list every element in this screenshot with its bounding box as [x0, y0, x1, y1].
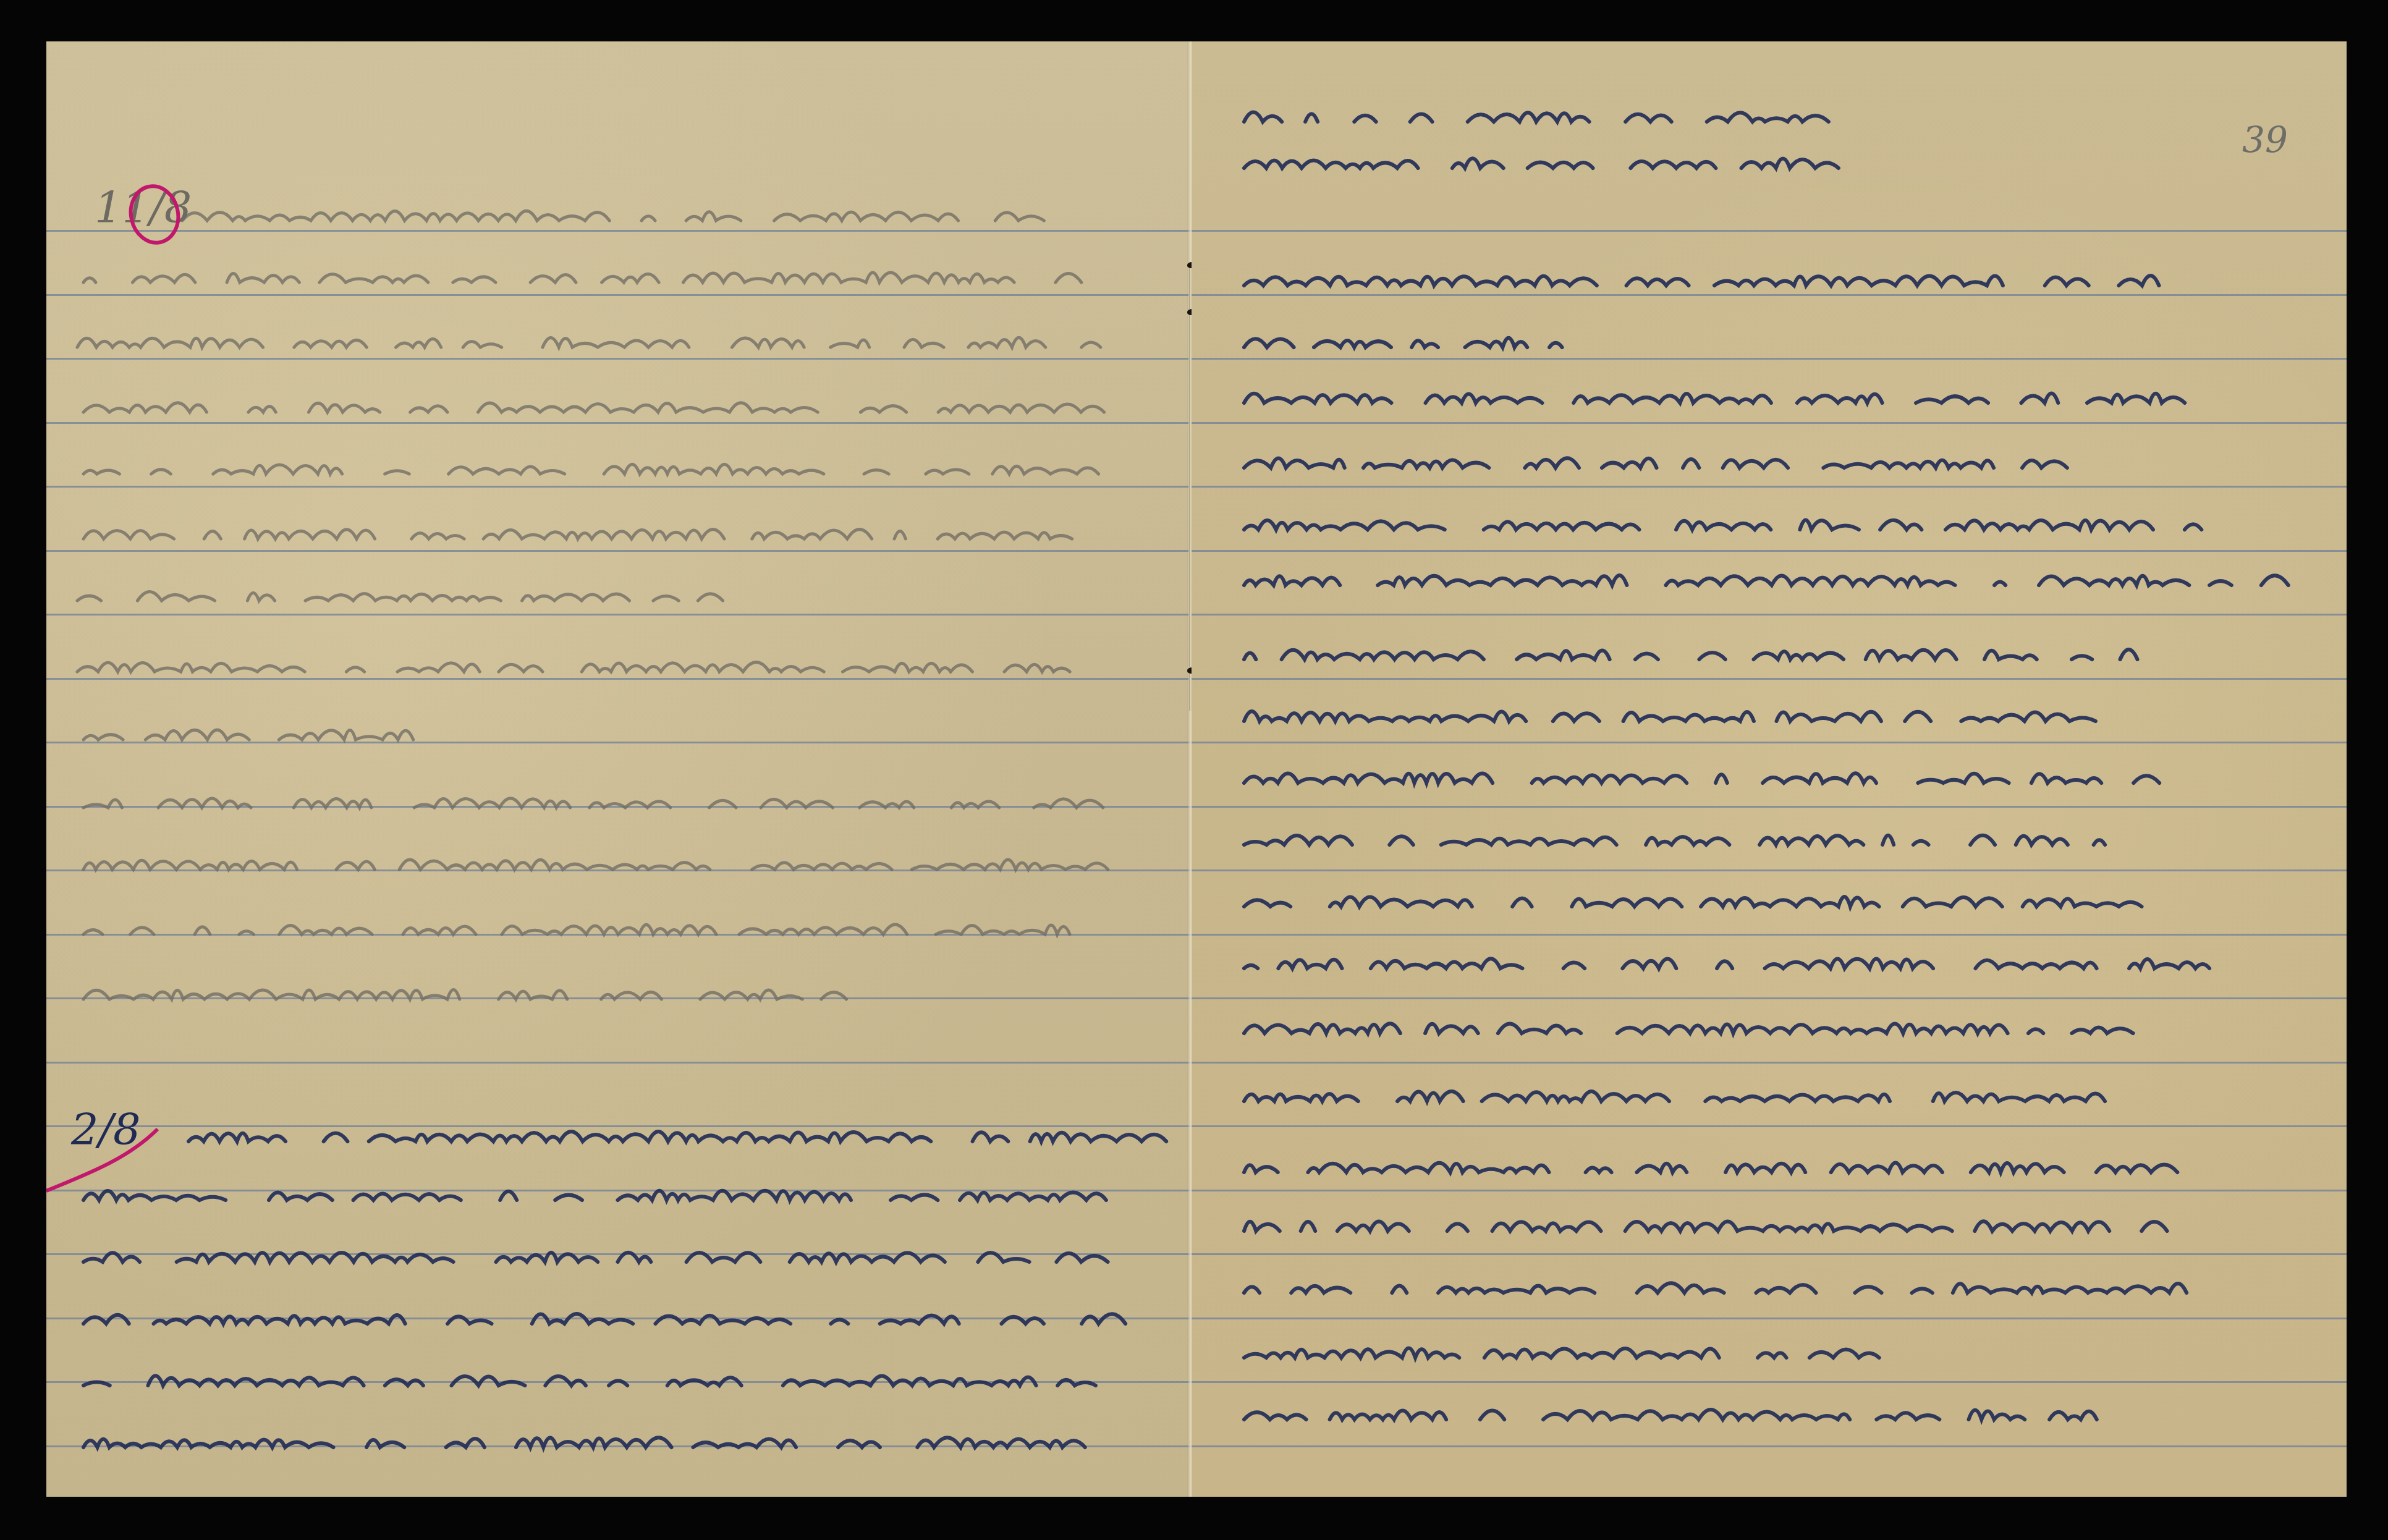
handwritten-line	[1244, 1336, 1887, 1373]
handwritten-line	[83, 517, 1097, 554]
handwritten-line	[1244, 823, 2146, 860]
rule-line	[1192, 934, 2347, 936]
rule-line	[1192, 1253, 2347, 1255]
handwritten-line	[1244, 1080, 2122, 1117]
handwritten-line	[83, 913, 1072, 950]
rule-line	[1192, 997, 2347, 999]
rule-line	[1192, 1381, 2347, 1383]
handwritten-line	[1244, 761, 2115, 798]
handwritten-line	[1244, 446, 2097, 483]
left-page: 11/8 2/8	[46, 41, 1192, 1497]
handwritten-line	[83, 718, 423, 755]
handwritten-line	[1244, 1271, 2177, 1308]
handwritten-line	[83, 452, 1029, 489]
rule-line	[1192, 230, 2347, 232]
handwritten-line	[1244, 1209, 2159, 1246]
handwritten-line	[1244, 1151, 2171, 1188]
handwritten-line	[1244, 1398, 2103, 1435]
handwritten-line	[1244, 1012, 2153, 1049]
handwritten-line	[1244, 564, 2258, 601]
rule-line	[1192, 678, 2347, 680]
handwritten-line	[1244, 947, 2165, 984]
rule-line	[1192, 869, 2347, 871]
notebook-spread: 11/8 2/8 39	[46, 41, 2347, 1497]
rule-line	[1192, 1445, 2347, 1447]
handwritten-line	[83, 848, 1072, 885]
rule-line	[1192, 486, 2347, 488]
handwritten-line	[182, 199, 1103, 236]
handwritten-line	[83, 1426, 1048, 1463]
rule-line	[1192, 1190, 2347, 1191]
handwritten-line	[1244, 508, 2221, 545]
rule-line	[1192, 614, 2347, 616]
handwritten-line	[83, 1364, 1097, 1401]
handwritten-line	[83, 1178, 1078, 1216]
handwritten-line	[83, 1240, 1097, 1277]
rule-line	[1192, 806, 2347, 808]
handwritten-line	[1244, 100, 1782, 137]
rule-line	[1192, 1062, 2347, 1064]
handwritten-line	[83, 786, 1072, 823]
handwritten-line	[77, 650, 1041, 687]
right-page: 39	[1192, 41, 2347, 1497]
handwritten-line	[1244, 700, 2091, 737]
rule-line	[1192, 1125, 2347, 1127]
rule-line	[1192, 550, 2347, 552]
handwritten-line	[1244, 264, 2171, 301]
handwritten-line	[77, 579, 695, 616]
handwritten-line	[83, 261, 1048, 298]
handwritten-line	[83, 978, 800, 1015]
handwritten-line	[1244, 638, 2171, 675]
rule-line	[46, 1062, 1192, 1064]
handwritten-line	[188, 1120, 1153, 1157]
handwritten-line	[1244, 146, 1862, 184]
page-number: 39	[2242, 119, 2288, 161]
rule-line	[1192, 422, 2347, 424]
magenta-circle-mark	[121, 184, 188, 252]
handwritten-line	[83, 1302, 1054, 1339]
handwritten-line	[77, 326, 1103, 363]
rule-line	[1192, 1318, 2347, 1319]
handwritten-line	[1244, 885, 2140, 922]
handwritten-line	[1244, 381, 2202, 418]
handwritten-line	[83, 391, 1085, 428]
rule-line	[1192, 742, 2347, 743]
handwritten-line	[1244, 326, 1590, 363]
